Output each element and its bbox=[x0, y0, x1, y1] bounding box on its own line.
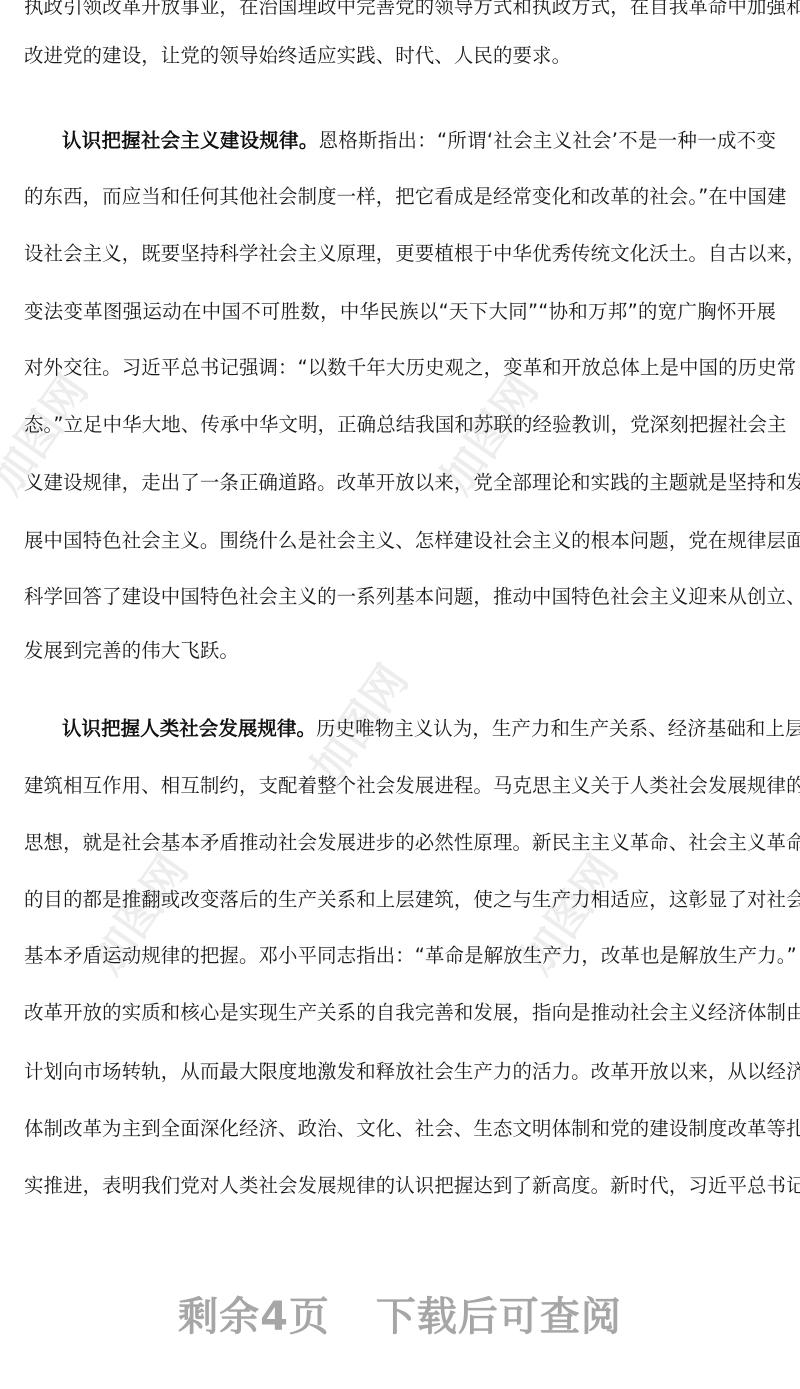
section-heading: 认识把握社会主义建设规律。 bbox=[62, 129, 319, 152]
text-line: 变法变革图强运动在中国不可胜数，中华民族以“天下大同”“协和万邦”的宽广胸怀开展 bbox=[24, 299, 776, 325]
text-line: 义建设规律，走出了一条正确道路。改革开放以来，党全部理论和实践的主题就是坚持和发 bbox=[24, 470, 776, 496]
text-line: 科学回答了建设中国特色社会主义的一系列基本问题，推动中国特色社会主义迎来从创立、 bbox=[24, 584, 776, 610]
text-line: 计划向市场转轨，从而最大限度地激发和释放社会生产力的活力。改革开放以来，从以经济 bbox=[24, 1059, 776, 1085]
download-prompt[interactable]: 剩余4页下载后可查阅 bbox=[0, 1285, 800, 1342]
text-span: 恩格斯指出：“所谓‘社会主义社会’不是一种一成不变 bbox=[319, 129, 776, 152]
text-line: 展中国特色社会主义。围绕什么是社会主义、怎样建设社会主义的根本问题，党在规律层面 bbox=[24, 528, 776, 554]
text-span: 历史唯物主义认为，生产力和生产关系、经济基础和上层 bbox=[316, 717, 800, 740]
text-line: 改革开放的实质和核心是实现生产关系的自我完善和发展，指向是推动社会主义经济体制由 bbox=[24, 1000, 776, 1026]
text-line: 思想，就是社会基本矛盾推动社会发展进步的必然性原理。新民主主义革命、社会主义革命 bbox=[24, 830, 776, 856]
text-line: 实推进，表明我们党对人类社会发展规律的认识把握达到了新高度。新时代，习近平总书记 bbox=[24, 1173, 776, 1199]
text-line: 执政引领改革开放事业，在治国理政中完善党的领导方式和执政方式，在自我革命中加强和 bbox=[24, 0, 776, 20]
text-line: 体制改革为主到全面深化经济、政治、文化、社会、生态文明体制和党的建设制度改革等扎 bbox=[24, 1116, 776, 1142]
download-to-read-label: 下载后可查阅 bbox=[376, 1285, 622, 1342]
text-line: 态。”立足中华大地、传承中华文明，正确总结我国和苏联的经验教训，党深刻把握社会主 bbox=[24, 412, 776, 438]
section-1-first-line: 认识把握社会主义建设规律。恩格斯指出：“所谓‘社会主义社会’不是一种一成不变 bbox=[62, 128, 776, 154]
text-line: 改进党的建设，让党的领导始终适应实践、时代、人民的要求。 bbox=[24, 43, 776, 69]
text-line: 的目的都是推翻或改变落后的生产关系和上层建筑，使之与生产力相适应，这彰显了对社会 bbox=[24, 887, 776, 913]
text-line: 的东西，而应当和任何其他社会制度一样，把它看成是经常变化和改革的社会。”在中国建 bbox=[24, 184, 776, 210]
text-line: 对外交往。习近平总书记强调：“以数千年大历史观之，变革和开放总体上是中国的历史常 bbox=[24, 355, 776, 381]
text-line: 建筑相互作用、相互制约，支配着整个社会发展进程。马克思主义关于人类社会发展规律的 bbox=[24, 773, 776, 799]
text-line: 基本矛盾运动规律的把握。邓小平同志指出：“革命是解放生产力，改革也是解放生产力。… bbox=[24, 943, 776, 969]
section-heading: 认识把握人类社会发展规律。 bbox=[62, 717, 316, 740]
section-2-first-line: 认识把握人类社会发展规律。历史唯物主义认为，生产力和生产关系、经济基础和上层 bbox=[62, 716, 776, 742]
text-line: 发展到完善的伟大飞跃。 bbox=[24, 638, 776, 664]
remaining-pages-label: 剩余4页 bbox=[178, 1285, 330, 1342]
text-line: 设社会主义，既要坚持科学社会主义原理，更要植根于中华优秀传统文化沃土。自古以来， bbox=[24, 241, 776, 267]
